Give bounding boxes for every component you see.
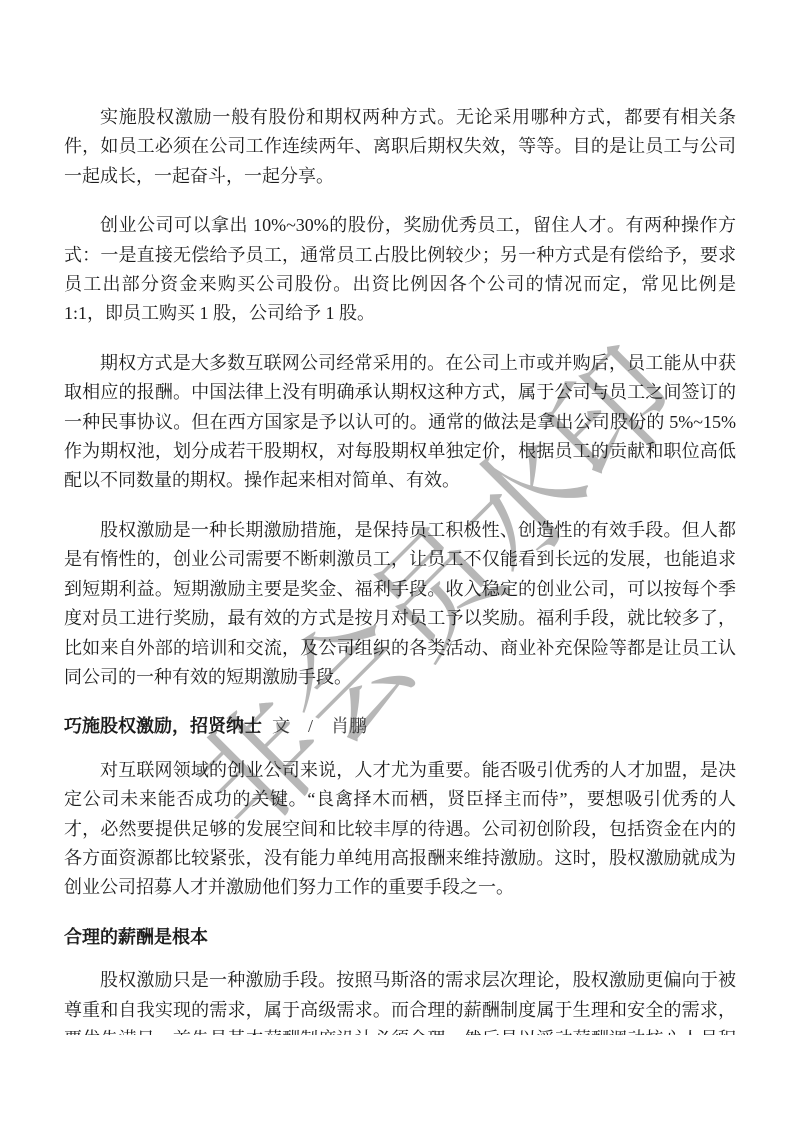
paragraph: 股权激励是一种长期激励措施，是保持员工积极性、创造性的有效手段。但人都是有惰性的… (64, 516, 736, 692)
paragraph: 股权激励只是一种激励手段。按照马斯洛的需求层次理论，股权激励更偏向于被尊重和自我… (64, 966, 736, 1035)
heading-title: 合理的薪酬是根本 (64, 927, 208, 947)
document-content: 实施股权激励一般有股份和期权两种方式。无论采用哪种方式，都要有相关条件，如员工必… (64, 103, 736, 1035)
paragraph: 对互联网领域的创业公司来说，人才尤为重要。能否吸引优秀的人才加盟，是决定公司未来… (64, 756, 736, 903)
section-heading: 合理的薪酬是根本 (64, 923, 736, 952)
paragraph: 创业公司可以拿出 10%~30%的股份，奖励优秀员工，留住人才。有两种操作方式：… (64, 211, 736, 329)
paragraph: 实施股权激励一般有股份和期权两种方式。无论采用哪种方式，都要有相关条件，如员工必… (64, 103, 736, 191)
section-heading: 巧施股权激励，招贤纳士文 / 肖鹏 (64, 712, 736, 741)
document-page: 非会员水印 实施股权激励一般有股份和期权两种方式。无论采用哪种方式，都要有相关条… (0, 0, 800, 1131)
paragraph: 期权方式是大多数互联网公司经常采用的。在公司上市或并购后，员工能从中获取相应的报… (64, 349, 736, 496)
heading-title: 巧施股权激励，招贤纳士 (64, 716, 262, 736)
heading-byline: 文 / 肖鹏 (272, 716, 367, 736)
